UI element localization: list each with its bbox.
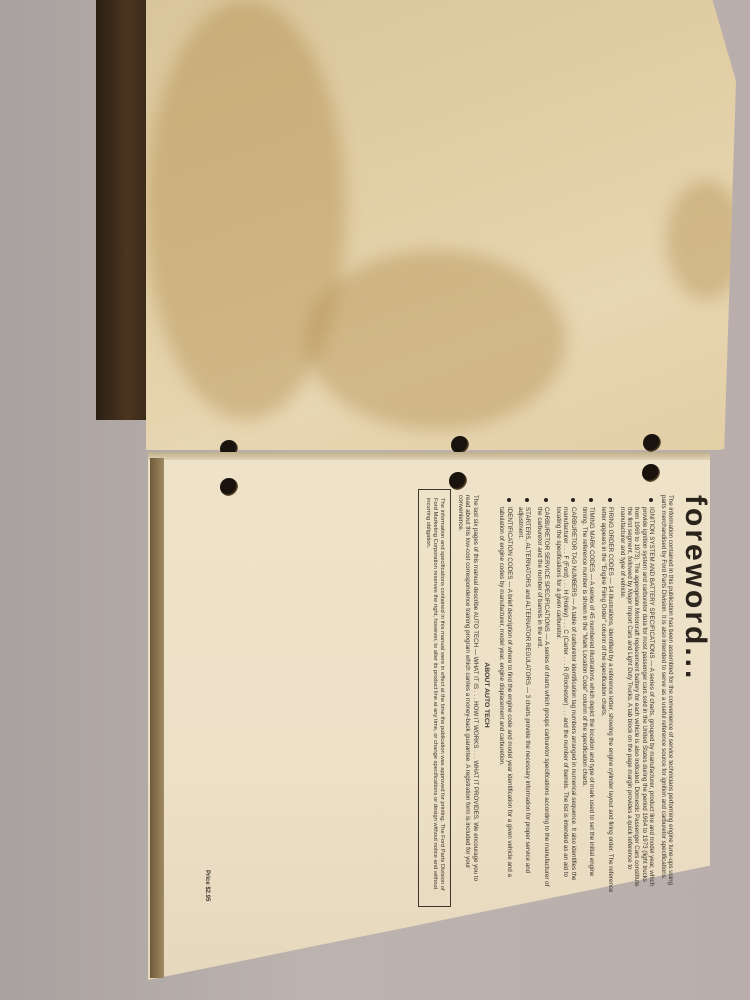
water-stain xyxy=(306,250,566,430)
bullet-item: IGNITION SYSTEM AND BATTERY SPECIFICATIO… xyxy=(618,507,655,895)
page-title: foreword... xyxy=(678,495,712,895)
price-label: Price $2.95 xyxy=(204,870,210,901)
binder-hole xyxy=(643,434,661,452)
binder-hole xyxy=(220,478,238,496)
page-edge xyxy=(150,458,164,978)
bullet-item: TIMING MARK CODES — A series of 45 numbe… xyxy=(581,507,596,895)
disclaimer-box: The information and specifications conta… xyxy=(418,489,451,907)
foreword-content: foreword... The information contained in… xyxy=(418,495,712,895)
binder-hole xyxy=(449,472,467,490)
about-heading: ABOUT AUTO TECH xyxy=(483,495,490,895)
bullet-item: STARTERS, ALTERNATORS and ALTERNATOR REG… xyxy=(517,507,532,895)
bullet-item: CARBURETOR SERVICE SPECIFICATIONS — A se… xyxy=(536,507,551,895)
binder-hole xyxy=(642,464,660,482)
bullet-item: FIRING ORDER CODES — 14 illustrations, i… xyxy=(599,507,614,895)
bullet-item: CARBURETOR TAG NUMBERS — A table of carb… xyxy=(554,507,576,895)
bullet-item: IDENTIFICATION CODES — A brief descripti… xyxy=(498,507,513,895)
intro-paragraph: The information contained in this public… xyxy=(659,495,674,895)
blank-facing-page xyxy=(146,0,736,450)
about-paragraph: The last six pages of this manual descri… xyxy=(457,495,479,895)
booklet-spine xyxy=(96,0,148,420)
